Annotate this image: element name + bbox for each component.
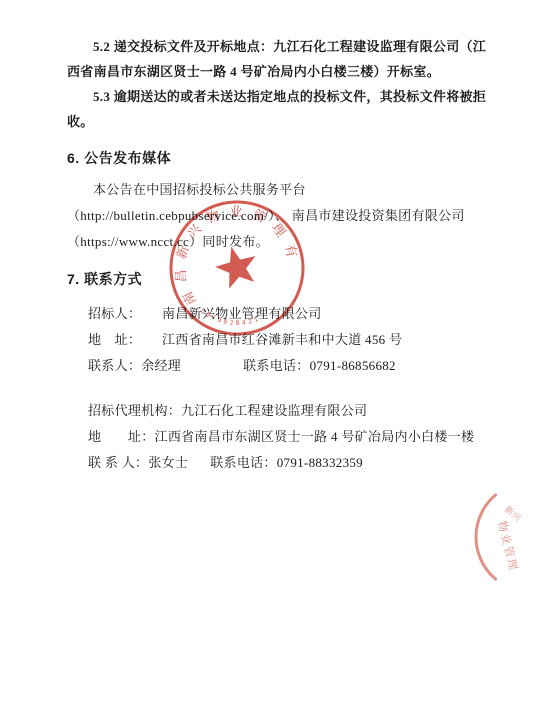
agency-name-row: 招标代理机构：九江石化工程建设监理有限公司 [67, 398, 493, 424]
agency-address-value: 江西省南昌市东湖区贤士一路 4 号矿冶局内小白楼一楼 [155, 429, 475, 444]
edge-seal-fragment-main: 物业管理 [495, 519, 521, 573]
agency-contact-value: 张女士 [148, 455, 188, 470]
section-6-heading: 6. 公告发布媒体 [67, 149, 493, 167]
edge-seal-stamp: 新兴 物业管理 [448, 466, 540, 601]
company-seal-stamp: 南昌新兴物业管理有限公司 0079028421 [167, 198, 307, 338]
tenderer-name-label: 招标人： [88, 301, 142, 327]
tenderer-address-label: 地 址： [88, 327, 142, 353]
seal-star-icon [211, 241, 262, 290]
clause-5-3: 5.3 逾期送达的或者未送达指定地点的投标文件，其投标文件将被拒收。 [67, 84, 493, 134]
document-page: 5.2 递交投标文件及开标地点：九江石化工程建设监理有限公司（江西省南昌市东湖区… [0, 0, 549, 705]
edge-seal-arc [476, 495, 496, 579]
agency-name-value: 九江石化工程建设监理有限公司 [181, 403, 367, 418]
agency-contact-block: 招标代理机构：九江石化工程建设监理有限公司 地 址：江西省南昌市东湖区贤士一路 … [67, 398, 493, 476]
agency-address-label: 地 址： [88, 429, 155, 444]
clause-5-2: 5.2 递交投标文件及开标地点：九江石化工程建设监理有限公司（江西省南昌市东湖区… [67, 34, 493, 84]
agency-phone-value: 0791-88332359 [277, 455, 363, 470]
tenderer-contact-value: 余经理 [141, 358, 181, 373]
agency-contact-label: 联 系 人： [88, 455, 148, 470]
agency-phone-label: 联系电话： [210, 455, 277, 470]
agency-contact-row: 联 系 人：张女士联系电话：0791-88332359 [67, 450, 493, 476]
tenderer-phone-label: 联系电话： [243, 358, 310, 373]
tenderer-contact-label: 联系人： [88, 358, 141, 373]
tenderer-phone-value: 0791-86856682 [310, 358, 396, 373]
agency-name-label: 招标代理机构： [88, 403, 181, 418]
agency-address-row: 地 址：江西省南昌市东湖区贤士一路 4 号矿冶局内小白楼一楼 [67, 424, 493, 450]
tenderer-contact-row: 联系人：余经理联系电话：0791-86856682 [67, 353, 493, 379]
